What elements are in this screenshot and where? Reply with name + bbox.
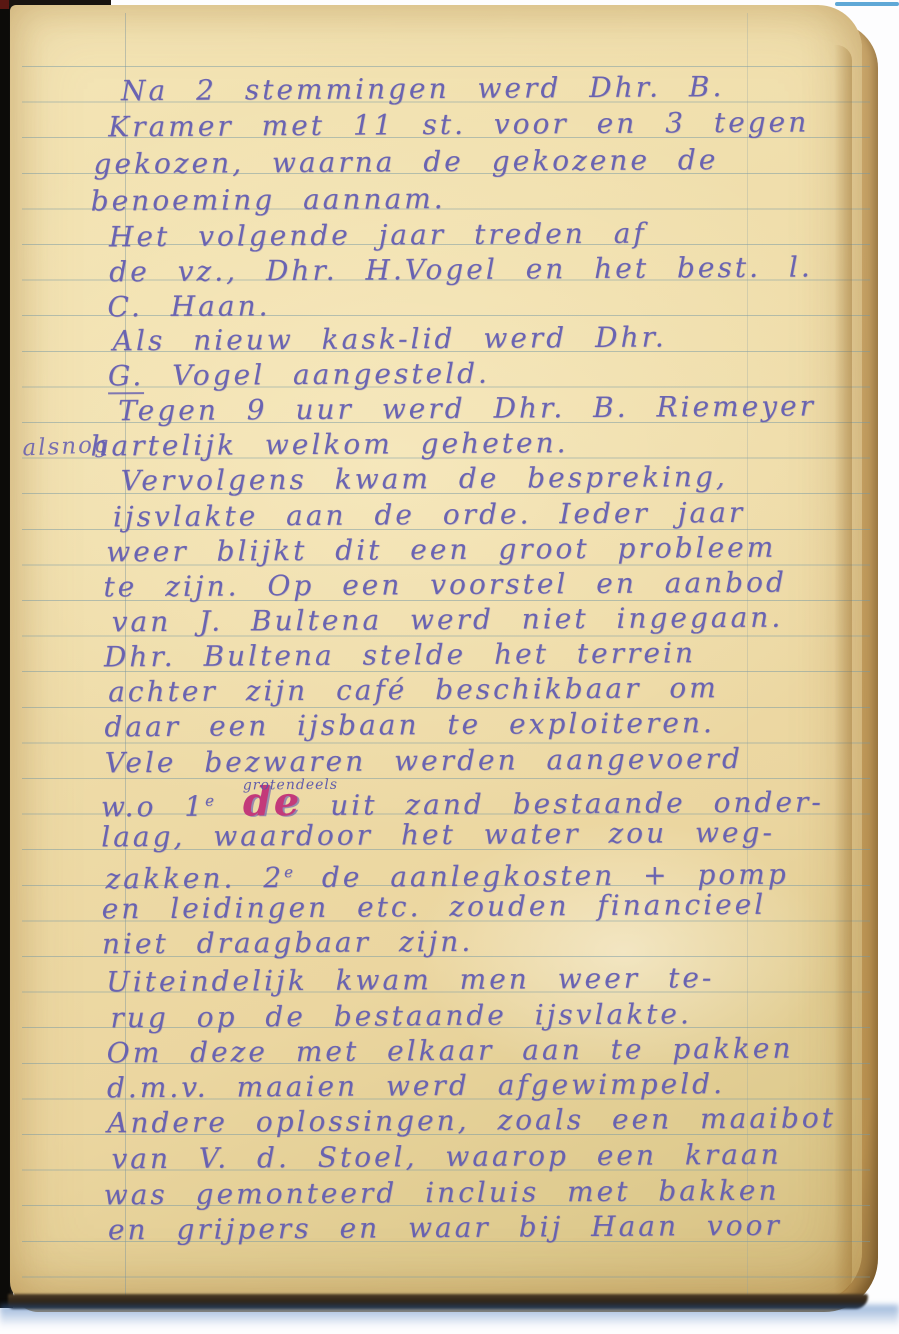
handwritten-line: niet draagbaar zijn. [102,925,473,962]
superscript-ordinal: e [284,863,294,881]
handwritten-line: Vervolgens kwam de bespreking, [121,460,728,498]
handwritten-line: en grijpers en waar bij Haan voor [108,1209,782,1248]
text-layer: alsnog Na 2 stemmingen werd Dhr. B.Krame… [0,0,899,1334]
handwritten-line: van J. Bultena werd niet ingegaan. [112,601,784,640]
handwritten-line: laag, waardoor het water zou weg- [101,816,775,855]
line-text: Vogel aangesteld. [144,357,490,392]
handwritten-line: Dhr. Bultena stelde het terrein [104,636,696,674]
inserted-word-above: grotendeels [243,768,338,803]
handwritten-line: ijsvlakte aan de orde. Ieder jaar [113,496,746,534]
handwritten-line: G. Vogel aangesteld. [108,357,490,394]
handwritten-line: benoeming aannam. [91,182,446,218]
handwritten-line: te zijn. Op een voorstel en aanbod [103,566,787,605]
superscript-ordinal: e [205,792,215,810]
line-text [215,789,243,822]
handwritten-line: en leidingen etc. zouden financieel [102,888,767,927]
handwritten-line: Uiteindelijk kwam men weer te- [106,961,714,999]
handwritten-line: Kramer met 11 st. voor en 3 tegen [108,105,809,144]
handwritten-line: daar een ijsbaan te exploiteren. [104,706,715,744]
handwritten-line: van V. d. Stoel, waarop een kraan [111,1138,781,1177]
handwritten-line: Andere oplossingen, zoals een maaibot [107,1101,836,1140]
handwritten-line: Tegen 9 uur werd Dhr. B. Riemeyer [118,389,816,428]
handwritten-line: rug op de bestaande ijsvlakte. [110,997,692,1035]
line-text: w.o 1 [101,790,205,824]
handwritten-line: Als nieuw kask-lid werd Dhr. [113,320,667,358]
underlined-text: G. [108,359,145,394]
handwritten-line: Na 2 stemmingen werd Dhr. B. [121,70,725,108]
handwritten-line: Vele bezwaren werden aangevoerd [105,742,743,780]
handwritten-line: weer blijkt dit een groot probleem [106,531,776,570]
handwritten-line: de vz., Dhr. H.Vogel en het best. l. [109,250,813,289]
handwritten-line: gekozen, waarna de gekozene de [93,143,718,181]
handwritten-line: d.m.v. maaien werd afgewimpeld. [107,1067,725,1105]
handwritten-line: Om deze met elkaar aan te pakken [107,1032,794,1071]
handwritten-line: was gemonteerd incluis met bakken [104,1174,780,1213]
handwritten-line: achter zijn café beschikbaar om [108,671,719,709]
handwritten-line: C. Haan. [107,289,270,324]
handwritten-line: hartelijk welkom geheten. [90,426,568,463]
handwritten-line: Het volgende jaar treden af [109,217,647,255]
line-text: zakken. 2 [105,861,284,895]
